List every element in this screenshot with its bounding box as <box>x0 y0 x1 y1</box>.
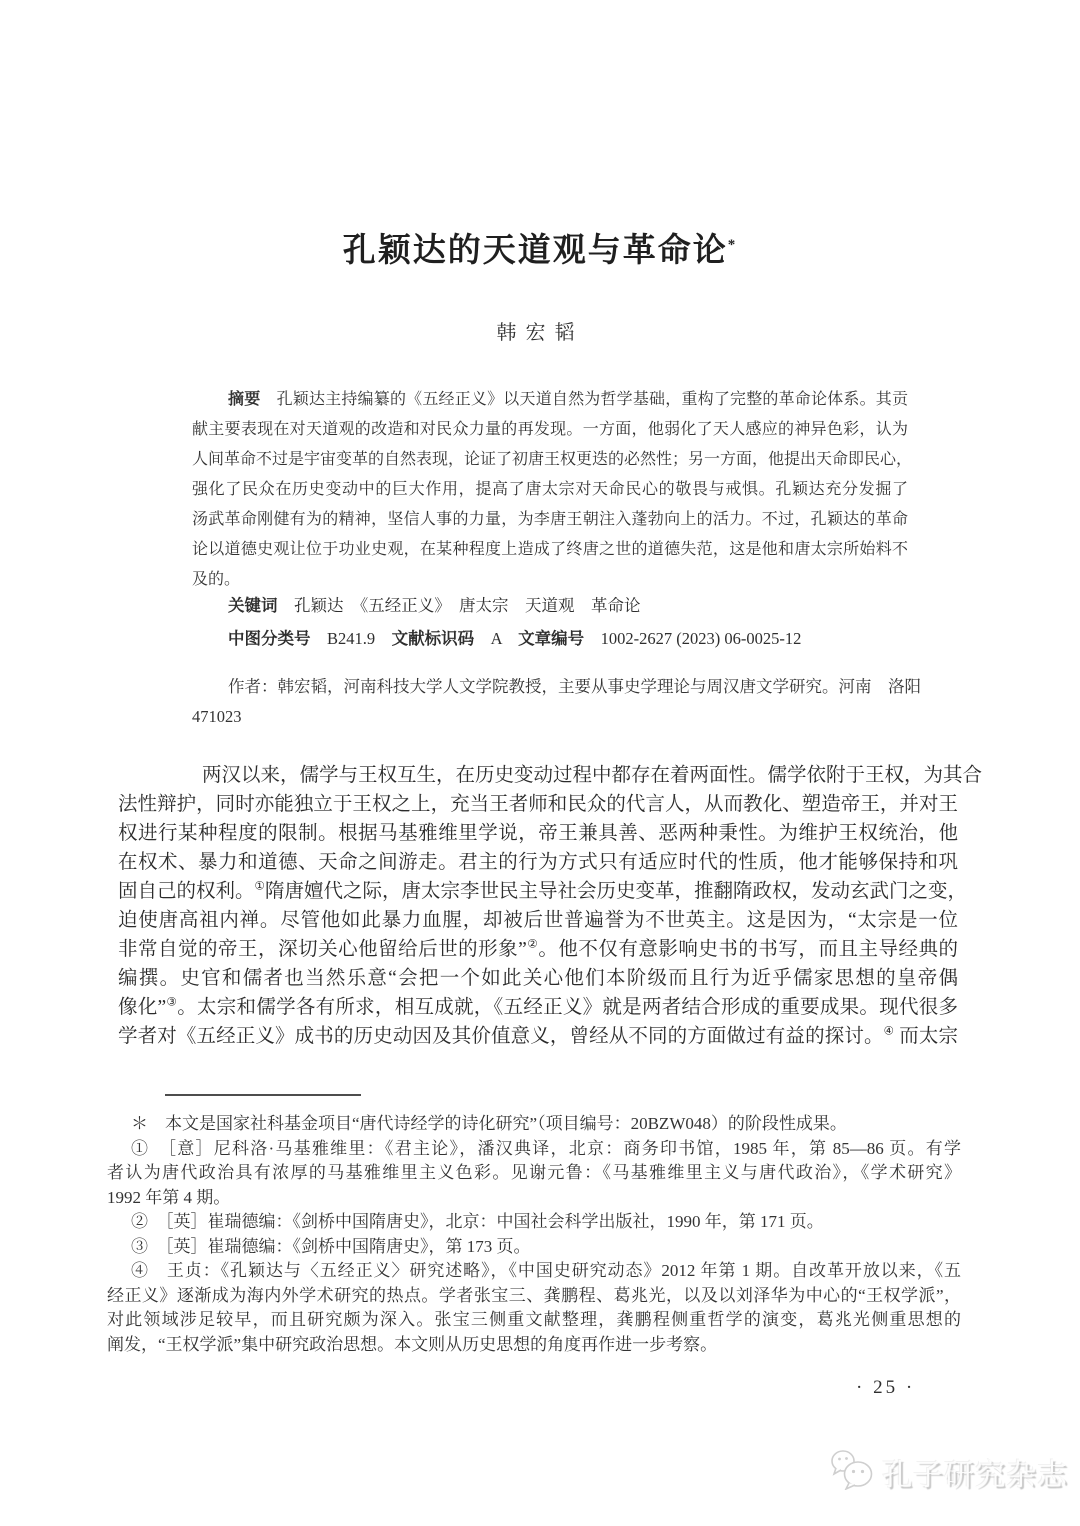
text-line: 法性辩护，同时亦能独立于王权之上，充当王者师和民众的代言人，从而教化、塑造帝王，… <box>118 790 958 819</box>
text-line: 迫使唐高祖内禅。尽管他如此暴力血腥，却被后世普遍誉为不世英主。这是因为，“太宗是… <box>118 906 958 935</box>
abstract-block: 摘要 孔颖达主持编纂的《五经正义》以天道自然为哲学基础，重构了完整的革命论体系。… <box>192 385 908 595</box>
footnote-ref-marker: ③ <box>166 996 177 1009</box>
text-segment: 人间革命不过是宇宙变革的自然表现，论证了初唐王权更迭的必然性；另一方面，他提出天… <box>192 451 912 468</box>
text-segment: 法性辩护，同时亦能独立于王权之上，充当王者师和民众的代言人，从而教化、塑造帝王，… <box>118 794 958 815</box>
text-segment: 对此领域涉足较早，而且研究颇为深入。张宝三侧重文献整理，龚鹏程侧重哲学的演变，葛… <box>107 1310 961 1329</box>
text-line: 摘要 孔颖达主持编纂的《五经正义》以天道自然为哲学基础，重构了完整的革命论体系。… <box>192 385 908 415</box>
text-line: 两汉以来，儒学与王权互生，在历史变动过程中都存在着两面性。儒学依附于王权，为其合 <box>118 761 958 790</box>
text-line: 1992 年第 4 期。 <box>107 1186 961 1211</box>
text-segment: ＊ 本文是国家社科基金项目“唐代诗经学的诗化研究”（项目编号：20BZW048）… <box>131 1114 847 1133</box>
text-segment: 。太宗和儒学各有所求，相互成就，《五经正义》就是两者结合形成的重要成果。现代很多 <box>177 997 958 1018</box>
text-segment: 迫使唐高祖内禅。尽管他如此暴力血腥，却被后世普遍誉为不世英主。这是因为，“太宗是… <box>118 910 958 931</box>
article-author: 韩宏韬 <box>0 316 1080 345</box>
bold-label: 关键词 <box>228 596 278 615</box>
text-segment: 学者对《五经正义》成书的历史动因及其价值意义，曾经从不同的方面做过有益的探讨。 <box>118 1026 884 1047</box>
text-segment: 经正义》逐渐成为海内外学术研究的热点。学者张宝三、龚鹏程、葛兆光，以及以刘泽华为… <box>107 1286 961 1305</box>
text-line: 固自己的权利。①隋唐嬗代之际，唐太宗李世民主导社会历史变革，推翻隋政权，发动玄武… <box>118 877 958 906</box>
text-segment: ① ［意］尼科洛·马基雅维里：《君主论》，潘汉典译，北京：商务印书馆，1985 … <box>131 1139 961 1158</box>
text-segment: ② ［英］崔瑞德编：《剑桥中国隋唐史》，北京：中国社会科学出版社，1990 年，… <box>131 1212 824 1231</box>
journal-page: 孔颖达的天道观与革命论* 韩宏韬 摘要 孔颖达主持编纂的《五经正义》以天道自然为… <box>0 0 1080 1526</box>
text-line: 汤武革命刚健有为的精神，坚信人事的力量，为李唐王朝注入蓬勃向上的活力。不过，孔颖… <box>192 505 908 535</box>
text-segment: 像化” <box>118 997 166 1018</box>
text-line: 编撰。史官和儒者也当然乐意“会把一个如此关心他们本阶级而且行为近乎儒家思想的皇帝… <box>118 964 958 993</box>
text-segment: 471023 <box>192 707 242 726</box>
text-segment: ③ ［英］崔瑞德编：《剑桥中国隋唐史》，第 173 页。 <box>131 1237 531 1256</box>
text-segment: ④ 王贞：《孔颖达与〈五经正义〉研究述略》，《中国史研究动态》2012 年第 1… <box>131 1261 961 1280</box>
text-segment: 两汉以来，儒学与王权互生，在历史变动过程中都存在着两面性。儒学依附于王权，为其合 <box>202 765 982 786</box>
text-segment: 1992 年第 4 期。 <box>107 1188 230 1207</box>
text-segment: 献主要表现在对天道观的改造和对民众力量的再发现。一方面，他弱化了天人感应的神异色… <box>192 421 908 438</box>
bold-label: 摘要 <box>228 391 260 408</box>
text-segment: 隋唐嬗代之际，唐太宗李世民主导社会历史变革，推翻隋政权，发动玄武门之变， <box>265 881 967 902</box>
text-line: 强化了民众在历史变动中的巨大作用，提高了唐太宗对天命民心的敬畏与戒惧。孔颖达充分… <box>192 475 908 505</box>
text-line: 中图分类号 B241.9 文献标识码 A 文章编号 1002-2627 (202… <box>192 622 908 655</box>
text-line: ③ ［英］崔瑞德编：《剑桥中国隋唐史》，第 173 页。 <box>107 1235 961 1260</box>
footnote-divider <box>165 1094 361 1096</box>
text-segment: 及的。 <box>192 571 240 588</box>
bold-label: 中图分类号 <box>228 629 311 648</box>
text-line: 献主要表现在对天道观的改造和对民众力量的再发现。一方面，他弱化了天人感应的神异色… <box>192 415 908 445</box>
text-line: 论以道德史观让位于功业史观，在某种程度上造成了终唐之世的道德失范，这是他和唐太宗… <box>192 535 908 565</box>
text-segment: 强化了民众在历史变动中的巨大作用，提高了唐太宗对天命民心的敬畏与戒惧。孔颖达充分… <box>192 481 908 498</box>
text-segment: 而太宗 <box>894 1026 958 1047</box>
text-segment: 编撰。史官和儒者也当然乐意“会把一个如此关心他们本阶级而且行为近乎儒家思想的皇帝… <box>118 968 958 989</box>
article-title: 孔颖达的天道观与革命论* <box>0 224 1080 271</box>
text-segment: 孔颖达主持编纂的《五经正义》以天道自然为哲学基础，重构了完整的革命论体系。其贡 <box>260 391 908 408</box>
body-paragraph: 两汉以来，儒学与王权互生，在历史变动过程中都存在着两面性。儒学依附于王权，为其合… <box>118 761 958 1051</box>
text-segment: 孔颖达 《五经正义》 唐太宗 天道观 革命论 <box>278 596 641 615</box>
footnote-ref-marker: ④ <box>884 1025 895 1038</box>
text-segment: A <box>474 629 518 648</box>
text-line: 阐发，“王权学派”集中研究政治思想。本文则从历史思想的角度再作进一步考察。 <box>107 1333 961 1358</box>
footnote-ref-marker: ① <box>255 880 265 893</box>
author-info-block: 作者：韩宏韬，河南科技大学人文学院教授，主要从事史学理论与周汉唐文学研究。河南 … <box>192 672 908 732</box>
page-number: · 25 · <box>856 1377 915 1399</box>
title-footnote-marker: * <box>728 237 738 253</box>
meta-block: 关键词 孔颖达 《五经正义》 唐太宗 天道观 革命论中图分类号 B241.9 文… <box>192 589 908 655</box>
bold-label: 文章编号 <box>518 629 584 648</box>
text-segment: 1002-2627 (2023) 06-0025-12 <box>584 629 801 648</box>
text-line: 学者对《五经正义》成书的历史动因及其价值意义，曾经从不同的方面做过有益的探讨。④… <box>118 1022 958 1051</box>
text-segment: 者认为唐代政治具有浓厚的马基雅维里主义色彩。见谢元鲁：《马基雅维里主义与唐代政治… <box>107 1163 961 1182</box>
journal-watermark: 孔子研究杂志 <box>830 1448 1068 1495</box>
wechat-logo-icon <box>830 1448 874 1495</box>
text-segment: 固自己的权利。 <box>118 881 255 902</box>
text-line: 像化”③。太宗和儒学各有所求，相互成就，《五经正义》就是两者结合形成的重要成果。… <box>118 993 958 1022</box>
text-segment: 。他不仅有意影响史书的书写，而且主导经典的 <box>538 939 958 960</box>
text-line: 对此领域涉足较早，而且研究颇为深入。张宝三侧重文献整理，龚鹏程侧重哲学的演变，葛… <box>107 1308 961 1333</box>
text-line: 权进行某种程度的限制。根据马基雅维里学说，帝王兼具善、恶两种秉性。为维护王权统治… <box>118 819 958 848</box>
footnotes-block: ＊ 本文是国家社科基金项目“唐代诗经学的诗化研究”（项目编号：20BZW048）… <box>107 1112 961 1357</box>
text-segment: 汤武革命刚健有为的精神，坚信人事的力量，为李唐王朝注入蓬勃向上的活力。不过，孔颖… <box>192 511 908 528</box>
text-line: ① ［意］尼科洛·马基雅维里：《君主论》，潘汉典译，北京：商务印书馆，1985 … <box>107 1137 961 1162</box>
footnote-ref-marker: ② <box>527 938 539 951</box>
text-line: 在权术、暴力和道德、天命之间游走。君主的行为方式只有适应时代的性质，他才能够保持… <box>118 848 958 877</box>
text-line: ④ 王贞：《孔颖达与〈五经正义〉研究述略》，《中国史研究动态》2012 年第 1… <box>107 1259 961 1284</box>
bold-label: 文献标识码 <box>392 629 475 648</box>
text-segment: 论以道德史观让位于功业史观，在某种程度上造成了终唐之世的道德失范，这是他和唐太宗… <box>192 541 908 558</box>
text-line: 非常自觉的帝王，深切关心他留给后世的形象”②。他不仅有意影响史书的书写，而且主导… <box>118 935 958 964</box>
text-segment: 权进行某种程度的限制。根据马基雅维里学说，帝王兼具善、恶两种秉性。为维护王权统治… <box>118 823 958 844</box>
text-segment: B241.9 <box>311 629 392 648</box>
text-line: 人间革命不过是宇宙变革的自然表现，论证了初唐王权更迭的必然性；另一方面，他提出天… <box>192 445 908 475</box>
text-line: 经正义》逐渐成为海内外学术研究的热点。学者张宝三、龚鹏程、葛兆光，以及以刘泽华为… <box>107 1284 961 1309</box>
text-line: 关键词 孔颖达 《五经正义》 唐太宗 天道观 革命论 <box>192 589 908 622</box>
text-line: 471023 <box>192 702 908 732</box>
article-title-text: 孔颖达的天道观与革命论 <box>343 233 728 269</box>
text-segment: 非常自觉的帝王，深切关心他留给后世的形象” <box>118 939 527 960</box>
watermark-text: 孔子研究杂志 <box>882 1450 1068 1494</box>
text-line: ② ［英］崔瑞德编：《剑桥中国隋唐史》，北京：中国社会科学出版社，1990 年，… <box>107 1210 961 1235</box>
text-line: 作者：韩宏韬，河南科技大学人文学院教授，主要从事史学理论与周汉唐文学研究。河南 … <box>192 672 908 702</box>
text-segment: 阐发，“王权学派”集中研究政治思想。本文则从历史思想的角度再作进一步考察。 <box>107 1335 717 1354</box>
text-segment: 在权术、暴力和道德、天命之间游走。君主的行为方式只有适应时代的性质，他才能够保持… <box>118 852 958 873</box>
text-line: 者认为唐代政治具有浓厚的马基雅维里主义色彩。见谢元鲁：《马基雅维里主义与唐代政治… <box>107 1161 961 1186</box>
text-segment: 作者：韩宏韬，河南科技大学人文学院教授，主要从事史学理论与周汉唐文学研究。河南 … <box>228 677 921 696</box>
text-line: ＊ 本文是国家社科基金项目“唐代诗经学的诗化研究”（项目编号：20BZW048）… <box>107 1112 961 1137</box>
